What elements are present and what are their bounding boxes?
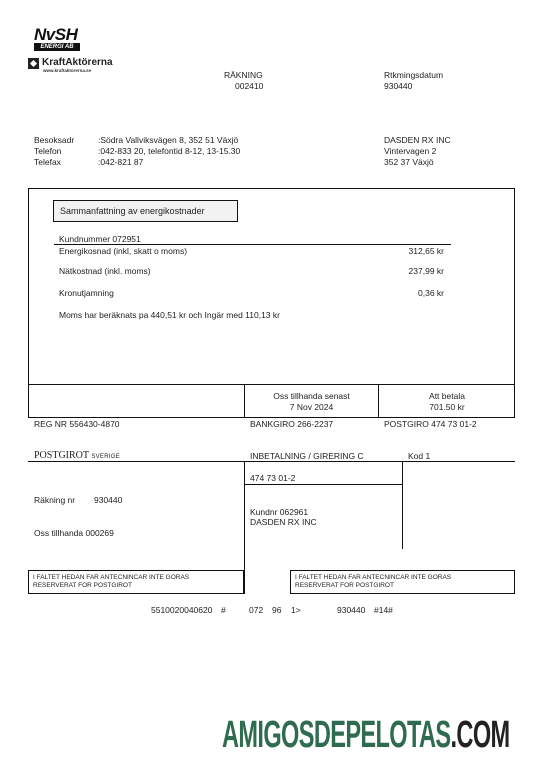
pay-amount: 701.50 kr [379, 402, 515, 412]
customer-number: Kundnummer 072951 [59, 234, 141, 244]
ocr-account: 930440 [337, 605, 365, 615]
pay-label: Att betala [379, 391, 515, 401]
kraftaktorerna-logo-icon [28, 58, 39, 69]
ocr-amount-ore: 96 [272, 605, 281, 615]
item-energy-amount: 312,65 kr [384, 246, 444, 256]
slip-left-divider [244, 461, 245, 594]
ocr-check: 1> [291, 605, 301, 615]
item-rounding-label: Kronutjamning [59, 288, 114, 298]
sender-label-fax: Telefax [34, 157, 61, 167]
recipient-name: DASDEN RX INC [384, 135, 451, 145]
reserved-note-left-line2: RESERVERAT FOR POSTGIROT [33, 582, 239, 590]
payment-type: INBETALNING / GIRERING C [250, 451, 364, 461]
ocr-hash-1: # [221, 605, 226, 615]
slip-due-text: Oss tillhanda 000269 [34, 528, 114, 538]
item-rounding-amount: 0,36 kr [384, 288, 444, 298]
reserved-note-right: I FALTET HEDAN FAR ANTECNINCAR INTE GORA… [290, 570, 515, 594]
pay-cell-divider [378, 384, 379, 418]
postgiro: POSTGIRO 474 73 01-2 [384, 419, 477, 429]
postgirot-brand-name: POSTGIROT [34, 450, 89, 461]
postgirot-brand-sub: SVERIGE [91, 454, 120, 460]
invoice-date-value: 930440 [384, 81, 412, 91]
partner-name: KraftAktörerna [42, 57, 113, 68]
summary-bottom-divider [28, 384, 515, 385]
due-date: 7 Nov 2024 [245, 402, 378, 412]
item-network-amount: 237,99 kr [384, 266, 444, 276]
reserved-note-left-line1: I FALTET HEDAN FAR ANTECNINCAR INTE GORA… [33, 574, 239, 582]
slip-top-line [28, 461, 515, 462]
reserved-note-right-line1: I FALTET HEDAN FAR ANTECNINCAR INTE GORA… [295, 574, 510, 582]
account-underline [244, 484, 402, 485]
invoice-label: RÄKNING [224, 70, 263, 80]
invoice-date-label: Rtkmingsdatum [384, 70, 443, 80]
sender-value-fax: :042-821 87 [98, 157, 143, 167]
summary-divider [54, 244, 451, 245]
due-cell-divider [244, 384, 245, 418]
sender-label-visit: Besoksadr [34, 135, 74, 145]
reserved-note-left: I FALTET HEDAN FAR ANTECNINCAR INTE GORA… [28, 570, 244, 594]
watermark-green-part: AMIGOSDEPELOTAS [222, 714, 450, 756]
bankgiro: BANKGIRO 266-2237 [250, 419, 333, 429]
item-network-label: Nätkostnad (inkl. moms) [59, 266, 151, 276]
vat-note: Moms har beräknats pa 440,51 kr och Ingä… [59, 310, 280, 320]
sender-label-phone: Telefon [34, 146, 61, 156]
logo-brand: NvSH [34, 25, 77, 45]
slip-customer-nr: Kundnr 062961 [250, 507, 308, 517]
watermark-dark-part: .COM [450, 714, 509, 756]
sender-value-visit: :Södra Vallviksvägen 8, 352 51 Växjö [98, 135, 238, 145]
slip-invoice-value: 930440 [94, 495, 122, 505]
slip-code: Kod 1 [408, 451, 430, 461]
watermark: AMIGOSDEPELOTAS.COM [222, 714, 510, 757]
recipient-street: Vintervagen 2 [384, 146, 436, 156]
ocr-end: #14# [374, 605, 393, 615]
summary-title: Sammanfattning av energikostnader [53, 200, 238, 222]
reg-nr: REG NR 556430-4870 [34, 419, 120, 429]
sender-value-phone: :042-833 20, telefontid 8-12, 13-15.30 [98, 146, 240, 156]
slip-right-divider [402, 461, 403, 549]
ocr-amount-kr: 072 [249, 605, 263, 615]
logo-brand-sub: ENERGI AB [34, 43, 80, 51]
recipient-city: 352 37 Växjö [384, 157, 434, 167]
due-label: Oss tillhanda senast [245, 391, 378, 401]
partner-url: www.kraftaktorerna.se [43, 68, 91, 73]
slip-account: 474 73 01-2 [250, 473, 295, 483]
reserved-note-right-line2: RESERVERAT FOR POSTGIROT [295, 582, 510, 590]
invoice-number: 002410 [235, 81, 263, 91]
nvsh-logo: NvSH ENERGI AB [32, 27, 84, 51]
ocr-reference: 5510020040620 [151, 605, 212, 615]
slip-invoice-label: Räkning nr [34, 495, 75, 505]
slip-customer-name: DASDEN RX INC [250, 517, 317, 527]
item-energy-label: Energikosnad (inkl, skatt o moms) [59, 246, 187, 256]
